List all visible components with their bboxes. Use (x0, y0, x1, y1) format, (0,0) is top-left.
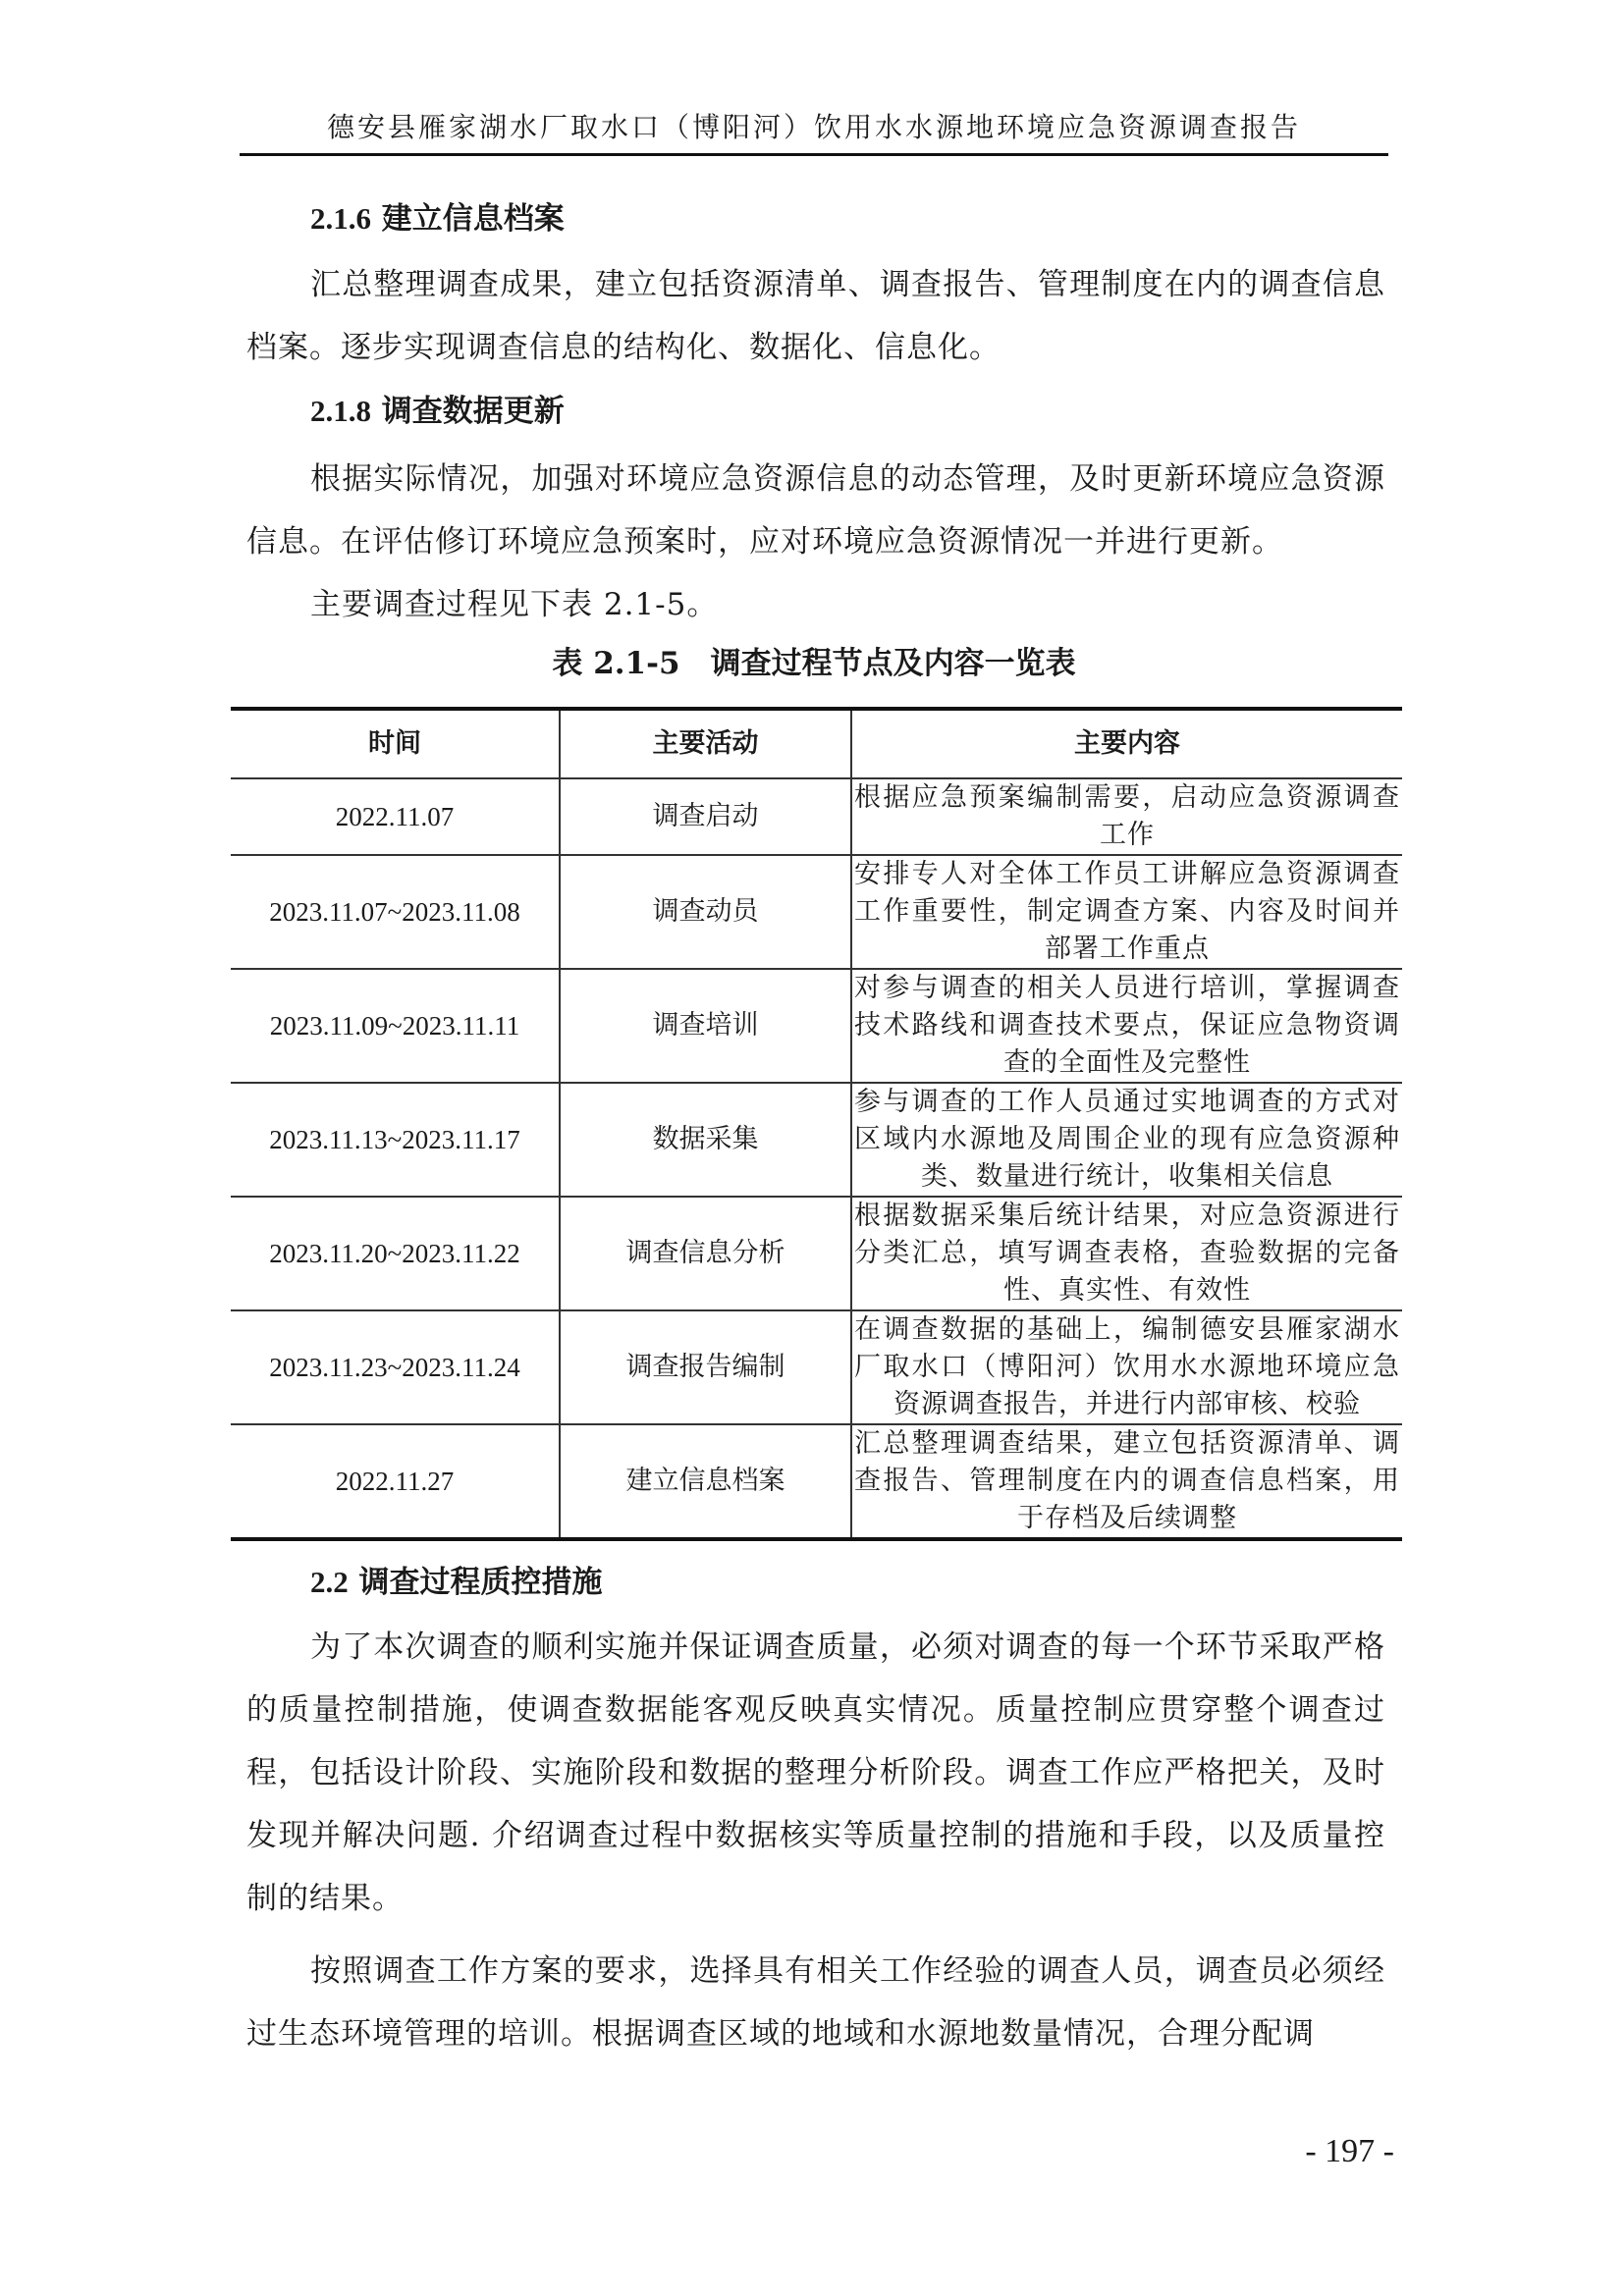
section-heading-2-2: 2.2 调查过程质控措施 (310, 1563, 603, 1602)
column-header-content: 主要内容 (851, 709, 1402, 778)
header-divider (240, 153, 1388, 156)
cell-content: 参与调查的工作人员通过实地调查的方式对区域内水源地及周围企业的现有应急资源种类、… (851, 1083, 1402, 1197)
cell-content: 安排专人对全体工作员工讲解应急资源调查工作重要性，制定调查方案、内容及时间并部署… (851, 855, 1402, 969)
page-number: - 197 - (1276, 2132, 1394, 2171)
heading-text: 调查过程质控措施 (359, 1565, 603, 1600)
heading-text: 建立信息档案 (382, 201, 565, 237)
cell-content-text: 根据应急预案编制需要，启动应急资源调查工作 (854, 779, 1400, 854)
cell-activity: 建立信息档案 (560, 1424, 851, 1539)
cell-content: 根据应急预案编制需要，启动应急资源调查工作 (851, 778, 1402, 855)
cell-time: 2023.11.13~2023.11.17 (231, 1083, 560, 1197)
cell-activity: 调查动员 (560, 855, 851, 969)
cell-content-text: 安排专人对全体工作员工讲解应急资源调查工作重要性，制定调查方案、内容及时间并部署… (854, 856, 1400, 968)
cell-activity: 调查报告编制 (560, 1310, 851, 1424)
heading-number: 2.1.8 (310, 394, 371, 428)
table-row: 2023.11.13~2023.11.17 数据采集 参与调查的工作人员通过实地… (231, 1083, 1402, 1197)
table-row: 2023.11.07~2023.11.08 调查动员 安排专人对全体工作员工讲解… (231, 855, 1402, 969)
paragraph-staffing: 按照调查工作方案的要求，选择具有相关工作经验的调查人员，调查员必须经过生态环境管… (246, 1940, 1385, 2065)
column-header-time: 时间 (231, 709, 560, 778)
cell-content: 对参与调查的相关人员进行培训，掌握调查技术路线和调查技术要点，保证应急物资调查的… (851, 969, 1402, 1083)
cell-content: 根据数据采集后统计结果，对应急资源进行分类汇总，填写调查表格，查验数据的完备性、… (851, 1197, 1402, 1310)
table-caption: 表 2.1-5 调查过程节点及内容一览表 (240, 644, 1388, 683)
cell-activity: 调查启动 (560, 778, 851, 855)
cell-content: 在调查数据的基础上，编制德安县雁家湖水厂取水口（博阳河）饮用水水源地环境应急资源… (851, 1310, 1402, 1424)
heading-number: 2.2 (310, 1565, 349, 1599)
cell-content-text: 对参与调查的相关人员进行培训，掌握调查技术路线和调查技术要点，保证应急物资调查的… (854, 970, 1400, 1082)
cell-activity: 调查信息分析 (560, 1197, 851, 1310)
table-header-row: 时间 主要活动 主要内容 (231, 709, 1402, 778)
paragraph-archive: 汇总整理调查成果，建立包括资源清单、调查报告、管理制度在内的调查信息档案。逐步实… (246, 253, 1385, 379)
cell-time: 2023.11.20~2023.11.22 (231, 1197, 560, 1310)
cell-activity: 数据采集 (560, 1083, 851, 1197)
cell-content-text: 参与调查的工作人员通过实地调查的方式对区域内水源地及周围企业的现有应急资源种类、… (854, 1084, 1400, 1196)
column-header-activity: 主要活动 (560, 709, 851, 778)
section-heading-2-1-6: 2.1.6 建立信息档案 (310, 199, 565, 239)
heading-text: 调查数据更新 (382, 394, 565, 429)
cell-time: 2023.11.09~2023.11.11 (231, 969, 560, 1083)
cell-time: 2022.11.07 (231, 778, 560, 855)
table-row: 2023.11.23~2023.11.24 调查报告编制 在调查数据的基础上，编… (231, 1310, 1402, 1424)
cell-activity: 调查培训 (560, 969, 851, 1083)
table-row: 2023.11.20~2023.11.22 调查信息分析 根据数据采集后统计结果… (231, 1197, 1402, 1310)
table-row: 2022.11.27 建立信息档案 汇总整理调查结果，建立包括资源清单、调查报告… (231, 1424, 1402, 1539)
cell-content: 汇总整理调查结果，建立包括资源清单、调查报告、管理制度在内的调查信息档案，用于存… (851, 1424, 1402, 1539)
cell-content-text: 根据数据采集后统计结果，对应急资源进行分类汇总，填写调查表格，查验数据的完备性、… (854, 1198, 1400, 1309)
paragraph-quality-control: 为了本次调查的顺利实施并保证调查质量，必须对调查的每一个环节采取严格的质量控制措… (246, 1616, 1385, 1930)
cell-content-text: 在调查数据的基础上，编制德安县雁家湖水厂取水口（博阳河）饮用水水源地环境应急资源… (854, 1311, 1400, 1423)
paragraph-data-update: 根据实际情况，加强对环境应急资源信息的动态管理，及时更新环境应急资源信息。在评估… (246, 448, 1385, 573)
table-row: 2022.11.07 调查启动 根据应急预案编制需要，启动应急资源调查工作 (231, 778, 1402, 855)
table-row: 2023.11.09~2023.11.11 调查培训 对参与调查的相关人员进行培… (231, 969, 1402, 1083)
cell-time: 2023.11.23~2023.11.24 (231, 1310, 560, 1424)
cell-time: 2023.11.07~2023.11.08 (231, 855, 560, 969)
section-heading-2-1-8: 2.1.8 调查数据更新 (310, 392, 565, 431)
cell-content-text: 汇总整理调查结果，建立包括资源清单、调查报告、管理制度在内的调查信息档案，用于存… (854, 1425, 1400, 1537)
paragraph-table-reference: 主要调查过程见下表 2.1-5。 (246, 573, 1385, 636)
heading-number: 2.1.6 (310, 201, 371, 236)
running-header: 德安县雁家湖水厂取水口（博阳河）饮用水水源地环境应急资源调查报告 (240, 110, 1388, 145)
cell-time: 2022.11.27 (231, 1424, 560, 1539)
process-table: 时间 主要活动 主要内容 2022.11.07 调查启动 根据应急预案编制需要，… (231, 707, 1402, 1541)
